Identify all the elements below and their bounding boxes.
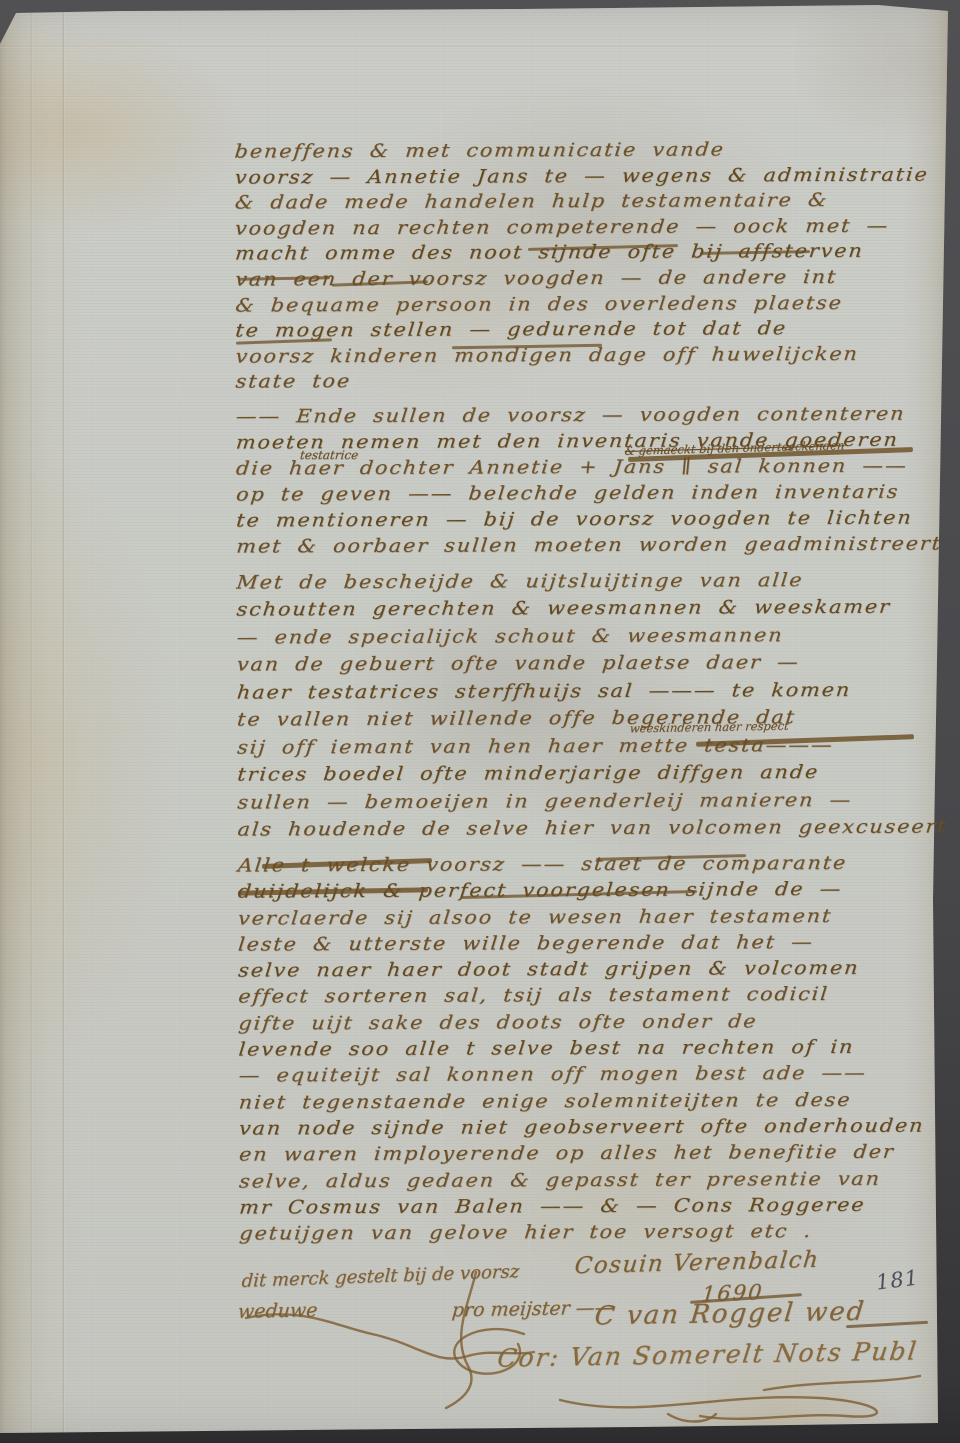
manuscript-line: haer testatrices sterffhuijs sal ——— te … — [236, 676, 960, 707]
manuscript-line: & dade mede handelen hulp testamentaire … — [234, 187, 960, 216]
manuscript-line: en waren imployerende op alles het benef… — [238, 1139, 960, 1169]
manuscript-line: selve naer haer doot stadt grijpen & vol… — [237, 955, 960, 985]
mark-statement-line2: weduwe — [237, 1299, 318, 1322]
paragraph-1: beneffens & met communicatie vandevoorsz… — [235, 136, 936, 395]
manuscript-line: te mentioneren — bij de voorsz voogden t… — [235, 505, 960, 534]
manuscript-line: te vallen niet willende offe begerende d… — [236, 704, 960, 735]
manuscript-line: met & oorbaer sullen moeten worden geadm… — [235, 531, 960, 560]
manuscript-line: schoutten gerechten & weesmannen & weesk… — [235, 594, 960, 625]
interlinear-note: testatrice — [299, 448, 359, 462]
manuscript-line: trices boedel ofte minderjarige diffgen … — [236, 759, 960, 790]
manuscript-line: mr Cosmus van Balen —— & — Cons Roggeree — [238, 1192, 960, 1222]
second-signature: C van Roggel wed — [593, 1297, 867, 1332]
manuscript-line: getuijgen van gelove hier toe versogt et… — [238, 1218, 960, 1248]
manuscript-line: op te geven —— belechde gelden inden inv… — [235, 479, 960, 508]
pro-label: pro meijster —— — [451, 1297, 615, 1322]
manuscript-line: effect sorteren sal, tsij als testament … — [237, 982, 960, 1012]
manuscript-line: macht omme des noot sijnde ofte bij affs… — [234, 238, 960, 267]
manuscript-line: als houdende de selve hier van volcomen … — [236, 814, 960, 845]
fold-crease-horizontal — [0, 96, 942, 98]
manuscript-line: levende soo alle t selve best na rechten… — [237, 1034, 960, 1064]
manuscript-line: Met de bescheijde & uijtsluijtinge van a… — [235, 566, 960, 597]
manuscript-scan: beneffens & met communicatie vandevoorsz… — [0, 0, 960, 1443]
manuscript-line: —— Ende sullen de voorsz — voogden conte… — [235, 401, 960, 430]
manuscript-line: gifte uijt sake des doots ofte onder de — [237, 1008, 960, 1038]
handwritten-text-block: beneffens & met communicatie vandevoorsz… — [235, 136, 940, 1247]
fold-crease-vertical — [30, 0, 33, 1437]
manuscript-line: sullen — bemoeijen in geenderleij manier… — [236, 786, 960, 817]
paragraph-2: —— Ende sullen de voorsz — voogden conte… — [236, 401, 937, 560]
manuscript-line: state toe — [234, 366, 960, 395]
paragraph-4: Alle t welcke voorsz —— staet de compara… — [238, 850, 940, 1248]
manuscript-line: beneffens & met communicatie vande — [233, 136, 960, 165]
manuscript-line: van de gebuert ofte vande plaetse daer — — [236, 649, 960, 680]
paragraph-3: Met de bescheijde & uijtsluijtinge van a… — [236, 566, 937, 844]
interlinear-note: weeskinderen haer respect — [629, 719, 789, 736]
manuscript-line: voorsz — Annetie Jans te — wegens & admi… — [234, 162, 960, 191]
fold-crease-vertical — [62, 0, 65, 1437]
manuscript-line: verclaerde sij alsoo te wesen haer testa… — [237, 903, 960, 933]
manuscript-line: niet tegenstaende enige solemniteijten t… — [238, 1087, 960, 1117]
manuscript-line: leste & utterste wille begerende dat het… — [237, 929, 960, 959]
fold-crease-horizontal — [0, 46, 942, 48]
manuscript-line: voogden na rechten competerende — oock m… — [234, 213, 960, 242]
manuscript-line: te mogen stellen — gedurende tot dat de — [234, 315, 960, 344]
manuscript-line: — ende specialijck schout & weesmannen — [235, 621, 960, 652]
manuscript-line: van een der voorsz voogden — de andere i… — [234, 264, 960, 293]
manuscript-line: selve, aldus gedaen & gepasst ter presen… — [238, 1166, 960, 1196]
manuscript-line: — equiteijt sal konnen off mogen best ad… — [237, 1060, 960, 1090]
manuscript-line: & bequame persoon in des overledens plae… — [234, 290, 960, 319]
manuscript-line: van node sijnde niet geobserveert ofte o… — [238, 1113, 960, 1143]
